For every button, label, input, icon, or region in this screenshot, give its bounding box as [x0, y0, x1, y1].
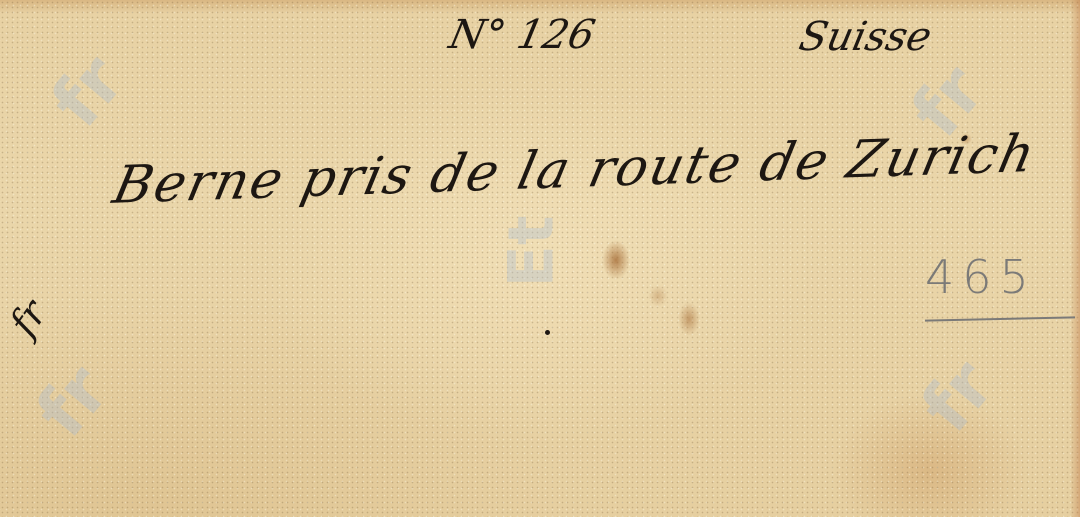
- stain: [602, 240, 630, 280]
- country-label: Suisse: [795, 14, 935, 60]
- inventory-number: 465: [925, 250, 1037, 304]
- watermark: Et: [495, 216, 568, 288]
- stereoview-card-back: fr Et fr fr fr N° 126 Suisse Berne pris …: [0, 0, 1080, 517]
- stain: [678, 302, 700, 336]
- catalog-number: N° 126: [445, 12, 599, 58]
- stain: [648, 285, 668, 307]
- ink-dot: [545, 330, 550, 335]
- card-edge: [1070, 0, 1080, 517]
